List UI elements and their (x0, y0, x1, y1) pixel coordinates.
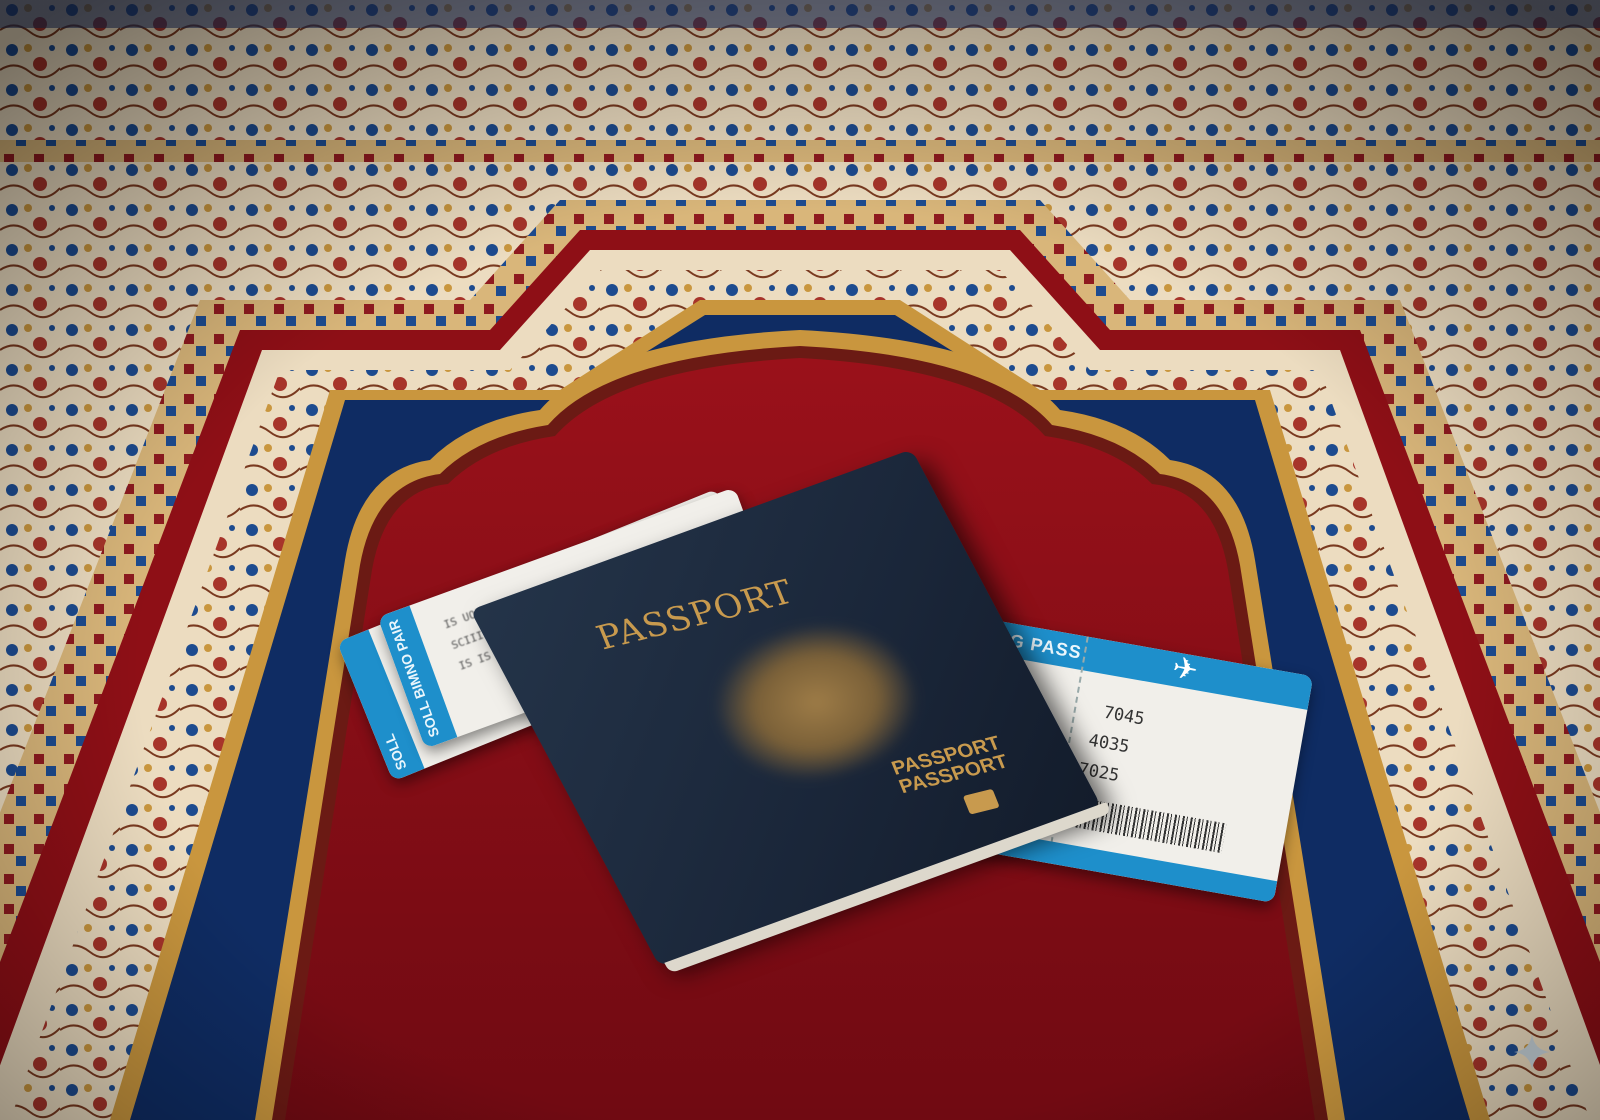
e-passport-chip-icon (963, 789, 1000, 815)
passport-subtitle: PASSPORT PASSPORT (889, 733, 1011, 797)
sparkle-icon (1512, 1032, 1552, 1072)
scene: SOLL SOLL BIMNO PAIR IS UOI 1 I IOI II I… (0, 0, 1600, 1120)
